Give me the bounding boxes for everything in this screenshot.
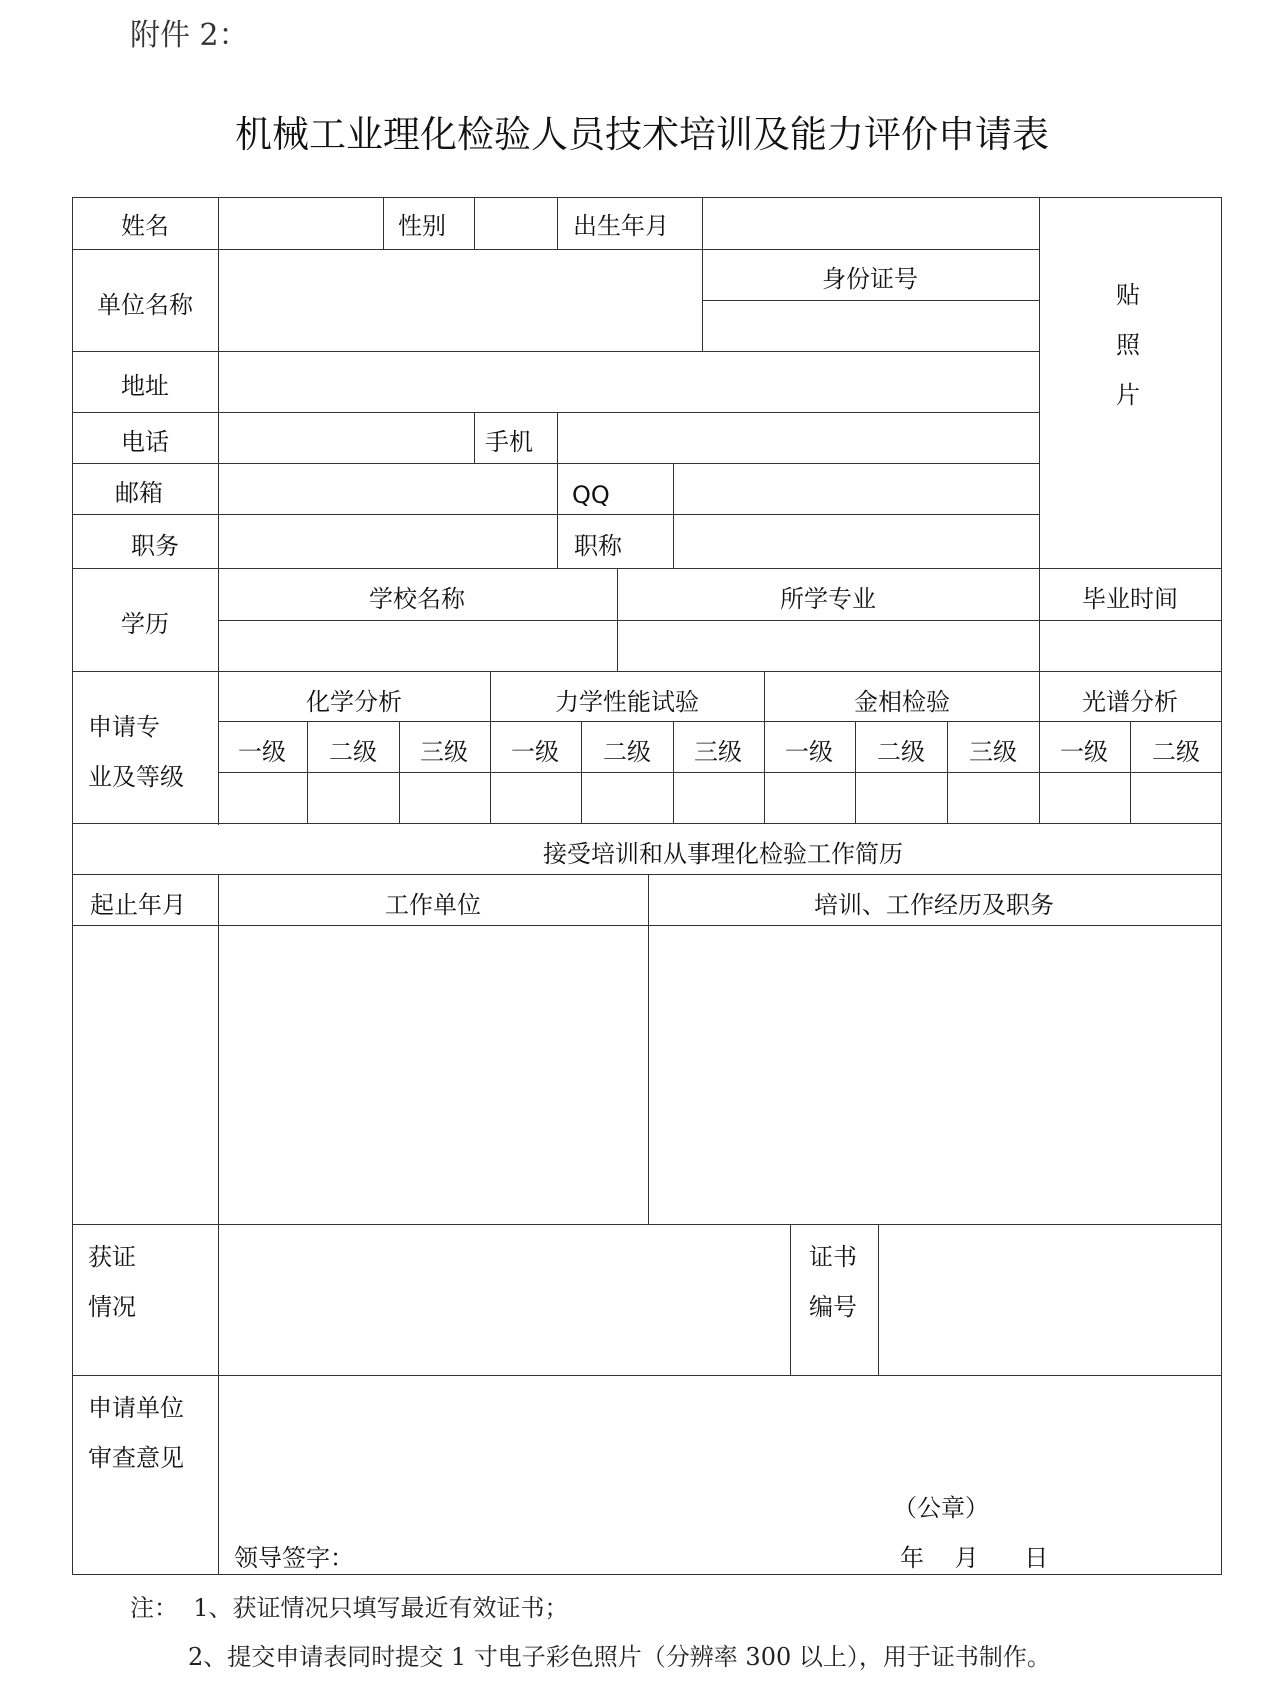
address-field[interactable] (220, 353, 1037, 410)
form-title: 机械工业理化检验人员技术培训及能力评价申请表 (235, 113, 1049, 157)
note-2: 2、提交申请表同时提交 1 寸电子彩色照片（分辨率 300 以上），用于证书制作… (188, 1643, 1051, 1671)
birth-field[interactable] (704, 199, 1037, 247)
col-unit: 工作单位 (385, 891, 481, 919)
certificate-field[interactable] (220, 1226, 788, 1373)
level-header: 一级 (238, 738, 286, 766)
level-checkbox[interactable] (583, 774, 671, 821)
level-checkbox[interactable] (309, 774, 397, 821)
resume-experience-field[interactable] (650, 927, 1219, 1222)
qq-label: QQ (572, 481, 610, 509)
level-header: 三级 (969, 738, 1017, 766)
mobile-label: 手机 (485, 428, 533, 456)
title-label: 职称 (574, 532, 622, 560)
phone-field[interactable] (220, 414, 472, 461)
certificate-label-1: 获证 (88, 1243, 136, 1271)
cert-number-field[interactable] (880, 1226, 1219, 1373)
col-experience: 培训、工作经历及职务 (814, 891, 1054, 919)
title-field[interactable] (675, 516, 1037, 566)
level-header: 二级 (1152, 738, 1200, 766)
position-label: 职务 (131, 532, 179, 560)
col-period: 起止年月 (90, 891, 186, 919)
name-field[interactable] (220, 199, 381, 247)
review-opinion-field[interactable] (220, 1377, 1219, 1572)
birth-label: 出生年月 (573, 212, 669, 240)
email-label: 邮箱 (115, 479, 163, 507)
review-label-2: 审查意见 (88, 1444, 184, 1472)
level-checkbox[interactable] (220, 774, 305, 821)
specialty-label-1: 申请专 (88, 713, 160, 741)
major-label: 所学专业 (780, 585, 876, 613)
level-header: 二级 (603, 738, 651, 766)
school-label: 学校名称 (369, 585, 465, 613)
seal-label: （公章） (893, 1494, 989, 1522)
address-label: 地址 (121, 372, 169, 400)
level-checkbox[interactable] (492, 774, 579, 821)
level-checkbox[interactable] (401, 774, 488, 821)
level-header: 一级 (511, 738, 559, 766)
level-checkbox[interactable] (1041, 774, 1128, 821)
email-field[interactable] (220, 465, 555, 512)
resume-section-title: 接受培训和从事理化检验工作简历 (543, 840, 903, 868)
level-checkbox[interactable] (675, 774, 762, 821)
unit-field[interactable] (220, 251, 700, 349)
level-checkbox[interactable] (766, 774, 853, 821)
resume-unit-field[interactable] (220, 927, 646, 1222)
level-header: 二级 (329, 738, 377, 766)
school-field[interactable] (220, 622, 615, 669)
grad-field[interactable] (1041, 622, 1219, 669)
qq-field[interactable] (675, 465, 1037, 512)
gender-field[interactable] (476, 199, 555, 247)
name-label: 姓名 (121, 212, 169, 240)
group-metallographic: 金相检验 (854, 688, 950, 716)
level-header: 二级 (877, 738, 925, 766)
note-1: 注： 1、获证情况只填写最近有效证书； (130, 1594, 569, 1622)
major-field[interactable] (619, 622, 1037, 669)
photo-label-2: 照 (1116, 331, 1140, 359)
resume-period-field[interactable] (74, 927, 216, 1222)
level-header: 一级 (785, 738, 833, 766)
signature-label: 领导签字： (234, 1544, 354, 1572)
education-label: 学历 (121, 610, 169, 638)
level-checkbox[interactable] (949, 774, 1037, 821)
date-label: 年 月 日 (900, 1544, 1048, 1572)
grad-label: 毕业时间 (1082, 585, 1178, 613)
position-field[interactable] (220, 516, 555, 566)
level-header: 三级 (694, 738, 742, 766)
group-spectral: 光谱分析 (1082, 688, 1178, 716)
cert-number-label-2: 编号 (809, 1293, 857, 1321)
specialty-label-2: 业及等级 (88, 763, 184, 791)
group-mechanical: 力学性能试验 (555, 688, 699, 716)
review-label-1: 申请单位 (88, 1394, 184, 1422)
id-label: 身份证号 (822, 265, 918, 293)
level-header: 一级 (1060, 738, 1108, 766)
photo-label-3: 片 (1116, 381, 1140, 409)
cert-number-label-1: 证书 (809, 1243, 857, 1271)
level-checkbox[interactable] (857, 774, 945, 821)
annex-label: 附件 2： (130, 22, 249, 50)
level-header: 三级 (420, 738, 468, 766)
phone-label: 电话 (121, 428, 169, 456)
certificate-label-2: 情况 (88, 1293, 136, 1321)
photo-label-1: 贴 (1116, 281, 1140, 309)
group-chemical: 化学分析 (306, 688, 402, 716)
mobile-field[interactable] (559, 414, 1037, 461)
level-checkbox[interactable] (1132, 774, 1219, 821)
id-field[interactable] (704, 302, 1037, 349)
gender-label: 性别 (398, 212, 446, 240)
unit-label: 单位名称 (97, 291, 193, 319)
